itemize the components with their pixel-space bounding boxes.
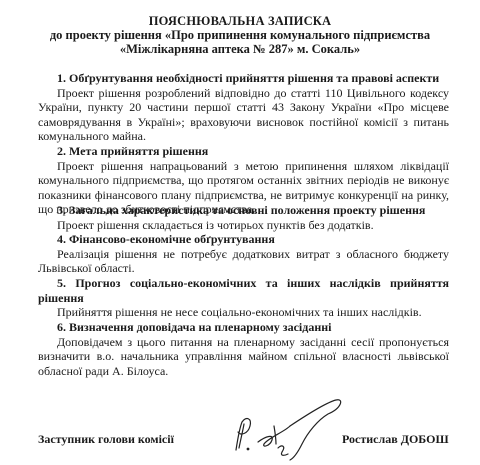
section-5: 5. Прогноз соціально-економічних та інши…	[38, 276, 449, 320]
section-heading-line2: рішення	[38, 291, 449, 306]
section-text: Прийняття рішення не несе соціально-екон…	[38, 305, 449, 320]
section-text: Доповідачем з цього питання на пленарном…	[38, 335, 449, 379]
section-text: Проект рішення розроблений відповідно до…	[38, 86, 449, 144]
document-subtitle-line1: до проекту рішення «Про припинення комун…	[0, 28, 480, 42]
section-heading: 3. Загальна характеристика та основні по…	[38, 203, 449, 218]
document-header: ПОЯСНЮВАЛЬНА ЗАПИСКА до проекту рішення …	[0, 14, 480, 56]
section-6: 6. Визначення доповідача на пленарному з…	[38, 320, 449, 378]
section-heading-line1: 5. Прогноз соціально-економічних та інши…	[38, 276, 449, 291]
document-page: ПОЯСНЮВАЛЬНА ЗАПИСКА до проекту рішення …	[0, 0, 480, 465]
handwritten-signature-icon	[228, 392, 358, 462]
signatory-position: Заступник голови комісії	[38, 432, 174, 447]
section-heading: 4. Фінансово-економічне обґрунтування	[38, 232, 449, 247]
section-text: Реалізація рішення не потребує додаткови…	[38, 247, 449, 276]
signatory-name: Ростислав ДОБОШ	[342, 432, 449, 447]
document-title: ПОЯСНЮВАЛЬНА ЗАПИСКА	[0, 14, 480, 28]
section-heading: 6. Визначення доповідача на пленарному з…	[38, 320, 449, 335]
document-subtitle-line2: «Міжлікарняна аптека № 287» м. Сокаль»	[0, 42, 480, 56]
section-1: 1. Обґрунтування необхідності прийняття …	[38, 71, 449, 144]
section-4: 4. Фінансово-економічне обґрунтування Ре…	[38, 232, 449, 276]
section-heading: 1. Обґрунтування необхідності прийняття …	[38, 71, 449, 86]
section-heading: 2. Мета прийняття рішення	[38, 144, 449, 159]
section-3: 3. Загальна характеристика та основні по…	[38, 203, 449, 232]
section-text: Проект рішення складається із чотирьох п…	[38, 218, 449, 233]
